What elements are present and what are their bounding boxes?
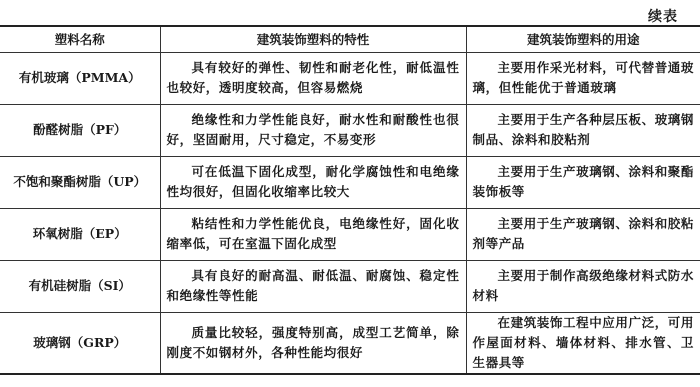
properties-cell: 粘结性和力学性能优良，电绝缘性好，固化收缩率低，可在室温下固化成型	[160, 208, 466, 260]
plastic-name-cell: 不饱和聚酯树脂（UP）	[0, 156, 160, 208]
uses-cell: 主要用作采光材料，可代替普通玻璃，但性能优于普通玻璃	[466, 52, 700, 104]
uses-cell: 主要用于生产玻璃钢、涂料和聚酯装饰板等	[466, 156, 700, 208]
uses-cell: 主要用于制作高级绝缘材料式防水材料	[466, 260, 700, 312]
properties-cell: 可在低温下固化成型，耐化学腐蚀性和电绝缘性均很好，但固化收缩率比较大	[160, 156, 466, 208]
table-row: 酚醛树脂（PF） 绝缘性和力学性能良好，耐水性和耐酸性也很好，坚固耐用，尺寸稳定…	[0, 104, 700, 156]
table-header-row: 塑料名称 建筑装饰塑料的特性 建筑装饰塑料的用途	[0, 26, 700, 52]
continued-table-label: 续表	[648, 6, 678, 26]
header-properties: 建筑装饰塑料的特性	[160, 26, 466, 52]
table-row: 玻璃钢（GRP） 质量比较轻，强度特别高，成型工艺简单，除刚度不如钢材外，各种性…	[0, 312, 700, 374]
plastic-name-cell: 玻璃钢（GRP）	[0, 312, 160, 374]
plastic-name-cell: 酚醛树脂（PF）	[0, 104, 160, 156]
uses-cell: 主要用于生产玻璃钢、涂料和胶粘剂等产品	[466, 208, 700, 260]
table-row: 有机硅树脂（SI） 具有良好的耐高温、耐低温、耐腐蚀、稳定性和绝缘性等性能 主要…	[0, 260, 700, 312]
uses-cell: 主要用于生产各种层压板、玻璃钢制品、涂料和胶粘剂	[466, 104, 700, 156]
properties-cell: 具有较好的弹性、韧性和耐老化性，耐低温性也较好，透明度较高，但容易燃烧	[160, 52, 466, 104]
properties-cell: 具有良好的耐高温、耐低温、耐腐蚀、稳定性和绝缘性等性能	[160, 260, 466, 312]
table-row: 环氧树脂（EP） 粘结性和力学性能优良，电绝缘性好，固化收缩率低，可在室温下固化…	[0, 208, 700, 260]
plastic-name-cell: 有机硅树脂（SI）	[0, 260, 160, 312]
table-row: 不饱和聚酯树脂（UP） 可在低温下固化成型，耐化学腐蚀性和电绝缘性均很好，但固化…	[0, 156, 700, 208]
plastic-name-cell: 环氧树脂（EP）	[0, 208, 160, 260]
properties-cell: 质量比较轻，强度特别高，成型工艺简单，除刚度不如钢材外，各种性能均很好	[160, 312, 466, 374]
header-plastic-name: 塑料名称	[0, 26, 160, 52]
plastic-name-cell: 有机玻璃（PMMA）	[0, 52, 160, 104]
header-uses: 建筑装饰塑料的用途	[466, 26, 700, 52]
uses-cell: 在建筑装饰工程中应用广泛，可用作屋面材料、墙体材料、排水管、卫生器具等	[466, 312, 700, 374]
plastics-table: 塑料名称 建筑装饰塑料的特性 建筑装饰塑料的用途 有机玻璃（PMMA） 具有较好…	[0, 25, 700, 375]
properties-cell: 绝缘性和力学性能良好，耐水性和耐酸性也很好，坚固耐用，尺寸稳定，不易变形	[160, 104, 466, 156]
table-row: 有机玻璃（PMMA） 具有较好的弹性、韧性和耐老化性，耐低温性也较好，透明度较高…	[0, 52, 700, 104]
